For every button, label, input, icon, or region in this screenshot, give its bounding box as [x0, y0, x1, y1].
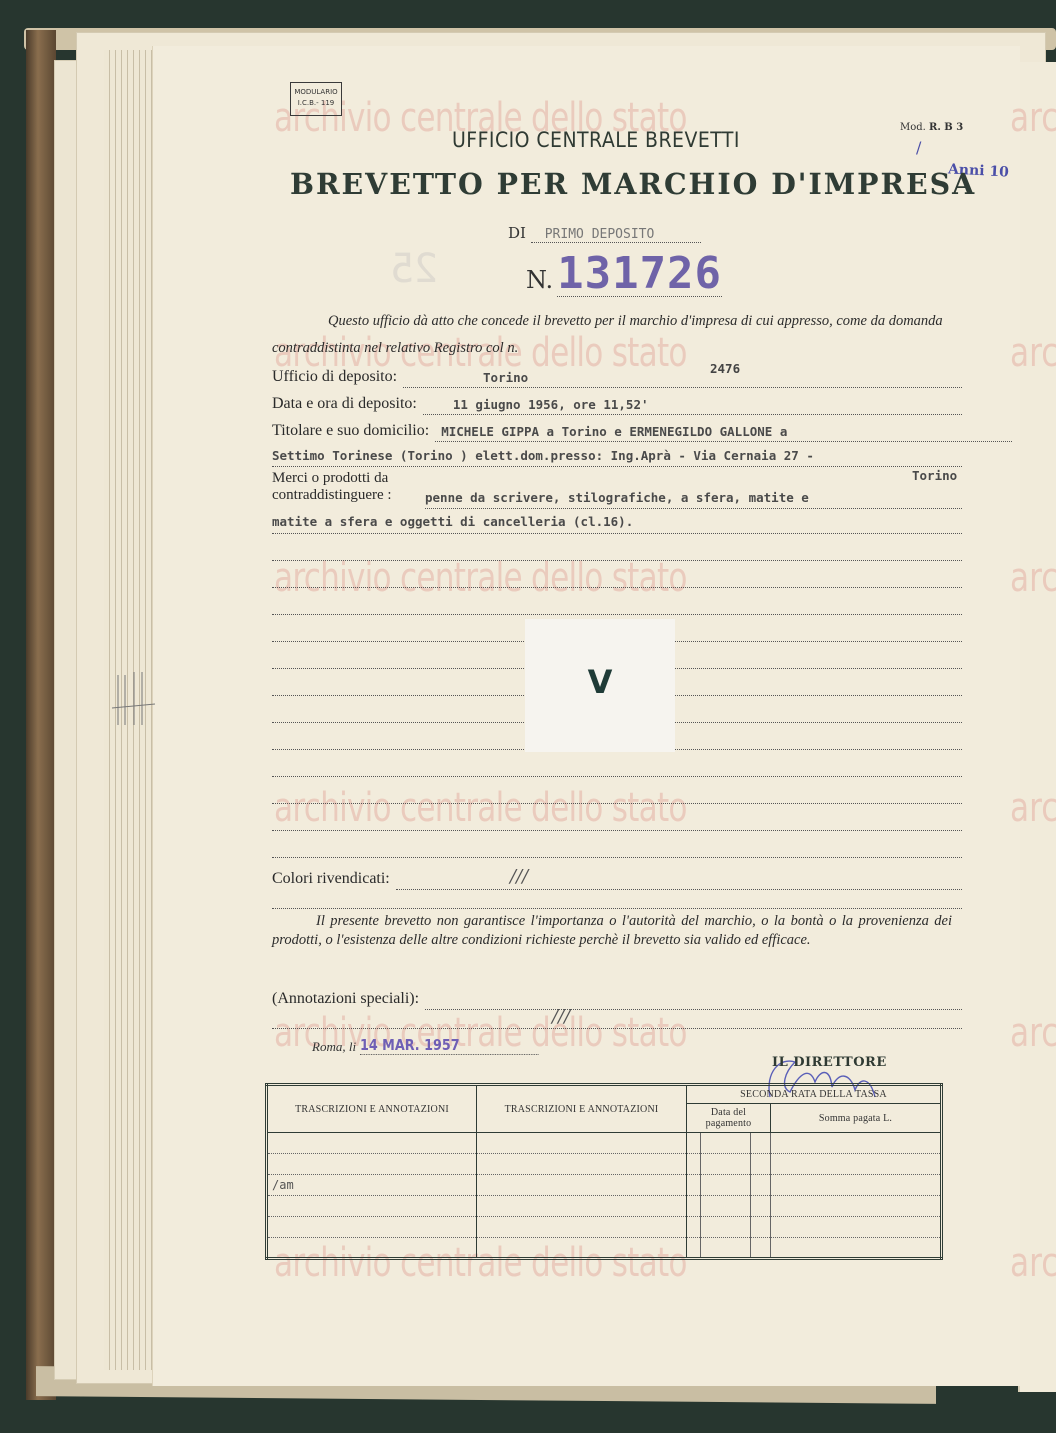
table-row: [267, 1133, 942, 1154]
table-cell: [751, 1217, 771, 1238]
di-label: DI: [508, 224, 526, 242]
disclaimer-paragraph: Il presente brevetto non garantisce l'im…: [272, 912, 952, 950]
table-cell: [267, 1154, 477, 1175]
office-title: UFFICIO CENTRALE BREVETTI: [452, 128, 740, 152]
table-cell: [687, 1175, 701, 1196]
table-cell: [267, 1238, 477, 1259]
binding-spine-left: [26, 30, 56, 1400]
ufficio-row: Ufficio di deposito: Torino: [272, 362, 962, 388]
dotted-rule: [272, 587, 962, 588]
annotazioni-value: ///: [552, 1006, 570, 1027]
colori-row: Colori rivendicati:: [272, 864, 962, 890]
titolare-row: Titolare e suo domicilio: MICHELE GIPPA …: [272, 416, 1012, 442]
patent-number-line: N.131726: [526, 252, 722, 297]
col-header-second-installment: SECONDA RATA DELLA TASSA: [687, 1085, 942, 1104]
table-row: /am: [267, 1175, 942, 1196]
col-header-amount-paid: Somma pagata L.: [771, 1104, 942, 1133]
dotted-rule: [425, 508, 962, 509]
form-code: Mod. R. B 3: [900, 122, 963, 133]
table-cell: [701, 1133, 751, 1154]
table-cell: [477, 1196, 687, 1217]
data-row: Data e ora di deposito: 11 giugno 1956, …: [272, 389, 962, 415]
modulario-line1: MODULARIO: [291, 87, 341, 98]
table-row: [267, 1196, 942, 1217]
table-row: [267, 1238, 942, 1259]
annotazioni-label: (Annotazioni speciali):: [272, 990, 419, 1010]
form-code-prefix: Mod.: [900, 122, 926, 133]
dotted-rule: [272, 1028, 962, 1029]
place-date-line: Roma, li 14 MAR. 1957: [312, 1036, 570, 1055]
bleed-through-number: 25: [390, 246, 438, 292]
ufficio-label: Ufficio di deposito:: [272, 368, 397, 388]
table-cell: [477, 1217, 687, 1238]
table-cell: [267, 1196, 477, 1217]
table-cell: [771, 1154, 942, 1175]
table-cell: [751, 1238, 771, 1259]
intro-paragraph: Questo ufficio dà atto che concede il br…: [272, 308, 972, 362]
dotted-rule: [272, 908, 962, 909]
data-label: Data e ora di deposito:: [272, 395, 417, 415]
table-cell: /am: [267, 1175, 477, 1196]
watermark-side: arc: [1010, 785, 1056, 831]
deposit-type-value: PRIMO DEPOSITO: [531, 227, 701, 243]
dotted-rule: [272, 466, 962, 467]
col-header-transcriptions-2: TRASCRIZIONI E ANNOTAZIONI: [477, 1085, 687, 1133]
table-cell: [771, 1133, 942, 1154]
annotazioni-line: [425, 1007, 962, 1010]
table-cell: [751, 1175, 771, 1196]
watermark-side: arc: [1010, 1240, 1056, 1286]
merci-label: Merci o prodotti da contraddistinguere :: [272, 470, 392, 504]
table-cell: [701, 1217, 751, 1238]
titolare-label: Titolare e suo domicilio:: [272, 422, 429, 442]
modulario-line2: I.C.B.- 119: [291, 98, 341, 109]
dotted-rule: [272, 533, 962, 534]
table-row: [267, 1217, 942, 1238]
dotted-rule: [272, 776, 962, 777]
table-cell: [751, 1133, 771, 1154]
table-cell: [701, 1175, 751, 1196]
titolare-line3: Torino: [912, 468, 957, 483]
table-cell: [771, 1217, 942, 1238]
data-value: 11 giugno 1956, ore 11,52': [423, 397, 962, 415]
table-cell: [687, 1133, 701, 1154]
titolare-value: MICHELE GIPPA a Torino e ERMENEGILDO GAL…: [435, 424, 1012, 442]
dotted-rule: [272, 803, 962, 804]
watermark-side: arc: [1010, 555, 1056, 601]
table-cell: [267, 1133, 477, 1154]
table-cell: [771, 1175, 942, 1196]
watermark-side: arc: [1010, 95, 1056, 141]
dotted-rule: [272, 614, 962, 615]
table-cell: [771, 1196, 942, 1217]
table-cell: [477, 1175, 687, 1196]
director-title: IL DIRETTORE: [772, 1055, 887, 1070]
merci-value: penne da scrivere, stilografiche, a sfer…: [425, 490, 809, 505]
patent-number-stamp: 131726: [557, 252, 722, 297]
ufficio-value: Torino: [403, 370, 962, 388]
table-cell: [477, 1133, 687, 1154]
trademark-specimen: V: [525, 619, 675, 752]
table-cell: [701, 1154, 751, 1175]
table-cell: [267, 1217, 477, 1238]
merci-line2: matite a sfera e oggetti di cancelleria …: [272, 514, 633, 529]
number-label: N.: [526, 266, 553, 294]
transcriptions-table: TRASCRIZIONI E ANNOTAZIONI TRASCRIZIONI …: [265, 1083, 943, 1260]
col-header-payment-date: Data del pagamento: [687, 1104, 771, 1133]
dotted-rule: [272, 857, 962, 858]
watermark-side: arc: [1010, 330, 1056, 376]
form-code-value: R. B 3: [929, 122, 963, 133]
table-cell: [687, 1238, 701, 1259]
col-header-transcriptions-1: TRASCRIZIONI E ANNOTAZIONI: [267, 1085, 477, 1133]
date-stamp: 14 MAR. 1957: [360, 1036, 539, 1055]
deposit-type-line: DI PRIMO DEPOSITO: [508, 224, 701, 243]
table-cell: [687, 1217, 701, 1238]
merci-label-2: contraddistinguere :: [272, 487, 392, 504]
pencil-tally-marks: [110, 670, 160, 730]
table-cell: [701, 1238, 751, 1259]
pen-tick-mark: /: [916, 138, 921, 157]
colori-line: [396, 887, 962, 890]
table-cell: [687, 1196, 701, 1217]
table-cell: [771, 1238, 942, 1259]
table-cell: [477, 1154, 687, 1175]
colori-label: Colori rivendicati:: [272, 870, 390, 890]
next-page-edge: [1018, 62, 1056, 1392]
dotted-rule: [272, 560, 962, 561]
titolare-line2: Settimo Torinese (Torino ) elett.dom.pre…: [272, 448, 814, 463]
merci-label-1: Merci o prodotti da: [272, 470, 392, 487]
colori-value: ///: [510, 866, 528, 887]
dotted-rule: [272, 830, 962, 831]
annotazioni-row: (Annotazioni speciali):: [272, 984, 962, 1010]
table-cell: [687, 1154, 701, 1175]
table-cell: [477, 1238, 687, 1259]
table-cell: [751, 1154, 771, 1175]
table-cell: [751, 1196, 771, 1217]
document-title: BREVETTO PER MARCHIO D'IMPRESA: [290, 167, 976, 201]
watermark-side: arc: [1010, 1010, 1056, 1056]
place-label: Roma, li: [312, 1039, 356, 1055]
modulario-box: MODULARIO I.C.B.- 119: [290, 82, 342, 116]
table-row: [267, 1154, 942, 1175]
trademark-letter: V: [525, 663, 675, 701]
table-cell: [701, 1196, 751, 1217]
